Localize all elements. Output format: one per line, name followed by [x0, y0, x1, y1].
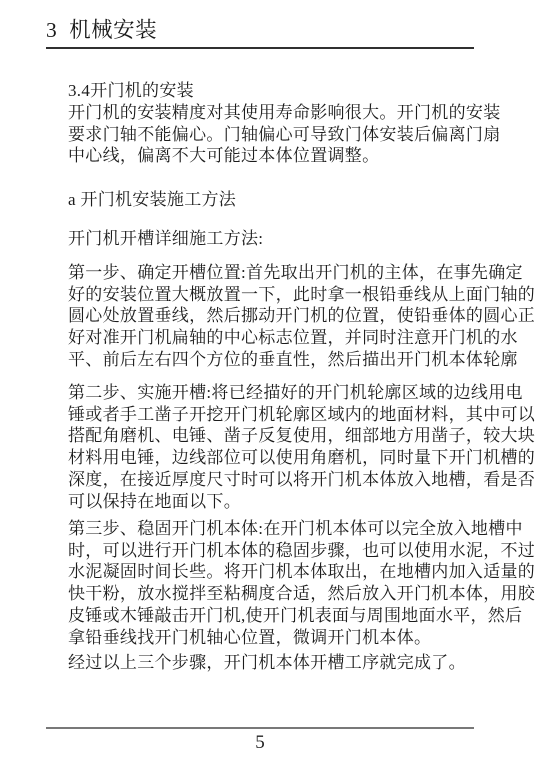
step-1-paragraph: 第一步、确定开槽位置:首先取出开门机的主体，在事先确定 好的安装位置大概放置一下…	[68, 262, 535, 371]
method-intro-line: 开门机开槽详细施工方法:	[68, 228, 263, 250]
closing-paragraph: 经过以上三个步骤，开门机本体开槽工序就完成了。	[68, 652, 466, 674]
sub-heading: a 开门机安装施工方法	[68, 189, 236, 211]
intro-paragraph: 开门机的安装精度对其使用寿命影响很大。开门机的安装 要求门轴不能偏心。门轴偏心可…	[68, 102, 501, 167]
step-2-paragraph: 第二步、实施开槽:将已经描好的开门机轮廓区域的边线用电 锤或者手工凿子开挖开门机…	[68, 382, 535, 512]
section-heading: 3.4开门机的安装	[68, 80, 194, 102]
document-page: 3 机械安装 3.4开门机的安装 开门机的安装精度对其使用寿命影响很大。开门机的…	[0, 0, 546, 768]
header-rule	[46, 47, 474, 49]
step-3-paragraph: 第三步、稳固开门机本体:在开门机本体可以完全放入地槽中 时，可以进行开门机本体的…	[68, 518, 535, 648]
page-number: 5	[46, 732, 474, 754]
footer-rule	[46, 727, 474, 729]
chapter-title: 3 机械安装	[46, 13, 157, 44]
